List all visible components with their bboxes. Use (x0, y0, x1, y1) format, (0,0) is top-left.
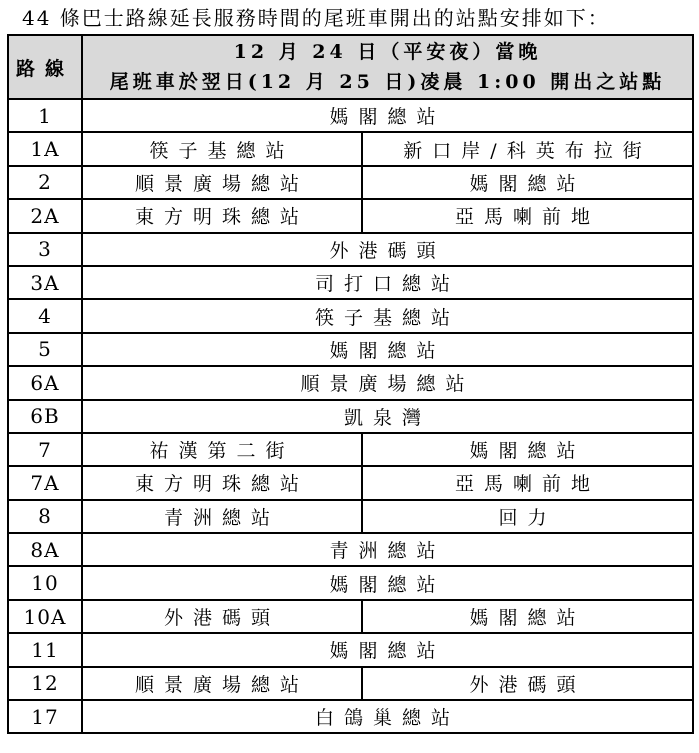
table-row-6b: 6B 凱泉灣 (8, 400, 693, 433)
station-cell: 媽閣總站 (82, 333, 693, 366)
page: 44 條巴士路線延長服務時間的尾班車開出的站點安排如下： 路線 12 月 24 … (0, 0, 699, 753)
route-number: 17 (8, 700, 82, 733)
station-cell: 外港碼頭 (82, 600, 362, 633)
station-cell: 新口岸/科英布拉街 (362, 132, 693, 165)
route-number: 10 (8, 566, 82, 599)
table-row-8: 8 青洲總站 回力 (8, 500, 693, 533)
route-number: 3A (8, 266, 82, 299)
station-cell: 媽閣總站 (362, 600, 693, 633)
station-cell: 回力 (362, 500, 693, 533)
table-row-10: 10 媽閣總站 (8, 566, 693, 599)
table-row-6a: 6A 順景廣場總站 (8, 366, 693, 399)
station-cell: 凱泉灣 (82, 400, 693, 433)
station-cell: 媽閣總站 (362, 433, 693, 466)
table-row-3: 3 外港碼頭 (8, 233, 693, 266)
route-number: 2A (8, 199, 82, 232)
route-number: 7A (8, 466, 82, 499)
station-cell: 青洲總站 (82, 533, 693, 566)
table-row-12: 12 順景廣場總站 外港碼頭 (8, 667, 693, 700)
route-number: 8A (8, 533, 82, 566)
route-number: 11 (8, 633, 82, 666)
station-cell: 筷子基總站 (82, 132, 362, 165)
table-row-1: 1 媽閣總站 (8, 99, 693, 132)
table-row-8a: 8A 青洲總站 (8, 533, 693, 566)
station-cell: 青洲總站 (82, 500, 362, 533)
header-line-1: 12 月 24 日（平安夜）當晚 (83, 37, 692, 67)
route-number: 10A (8, 600, 82, 633)
route-number: 6A (8, 366, 82, 399)
table-row-4: 4 筷子基總站 (8, 299, 693, 332)
intro-text: 44 條巴士路線延長服務時間的尾班車開出的站點安排如下： (0, 0, 699, 34)
table-row-1a: 1A 筷子基總站 新口岸/科英布拉街 (8, 132, 693, 165)
table-row-11: 11 媽閣總站 (8, 633, 693, 666)
station-cell: 東方明珠總站 (82, 199, 362, 232)
table-body: 1 媽閣總站 1A 筷子基總站 新口岸/科英布拉街 2 順景廣場總站 媽閣總站 … (8, 99, 693, 733)
header-line-2: 尾班車於翌日(12 月 25 日)凌晨 1:00 開出之站點 (83, 67, 692, 97)
route-number: 5 (8, 333, 82, 366)
table-row-2: 2 順景廣場總站 媽閣總站 (8, 166, 693, 199)
station-cell: 媽閣總站 (82, 99, 693, 132)
station-cell: 亞馬喇前地 (362, 199, 693, 232)
station-cell: 媽閣總站 (82, 566, 693, 599)
bus-schedule-table: 路線 12 月 24 日（平安夜）當晚 尾班車於翌日(12 月 25 日)凌晨 … (7, 34, 694, 734)
table-row-2a: 2A 東方明珠總站 亞馬喇前地 (8, 199, 693, 232)
station-cell: 司打口總站 (82, 266, 693, 299)
table-row-7: 7 祐漢第二街 媽閣總站 (8, 433, 693, 466)
route-number: 4 (8, 299, 82, 332)
route-number: 3 (8, 233, 82, 266)
route-column-header: 路線 (8, 35, 82, 99)
table-row-3a: 3A 司打口總站 (8, 266, 693, 299)
route-number: 1 (8, 99, 82, 132)
route-number: 12 (8, 667, 82, 700)
table-header: 路線 12 月 24 日（平安夜）當晚 尾班車於翌日(12 月 25 日)凌晨 … (8, 35, 693, 99)
station-cell: 東方明珠總站 (82, 466, 362, 499)
table-row-7a: 7A 東方明珠總站 亞馬喇前地 (8, 466, 693, 499)
route-number: 2 (8, 166, 82, 199)
route-number: 7 (8, 433, 82, 466)
table-row-17: 17 白鴿巢總站 (8, 700, 693, 733)
station-cell: 白鴿巢總站 (82, 700, 693, 733)
station-cell: 順景廣場總站 (82, 366, 693, 399)
station-cell: 祐漢第二街 (82, 433, 362, 466)
station-cell: 亞馬喇前地 (362, 466, 693, 499)
header-row: 路線 12 月 24 日（平安夜）當晚 尾班車於翌日(12 月 25 日)凌晨 … (8, 35, 693, 99)
station-cell: 筷子基總站 (82, 299, 693, 332)
station-cell: 順景廣場總站 (82, 166, 362, 199)
route-number: 1A (8, 132, 82, 165)
table-row-10a: 10A 外港碼頭 媽閣總站 (8, 600, 693, 633)
station-cell: 順景廣場總站 (82, 667, 362, 700)
table-row-5: 5 媽閣總站 (8, 333, 693, 366)
station-column-header: 12 月 24 日（平安夜）當晚 尾班車於翌日(12 月 25 日)凌晨 1:0… (82, 35, 693, 99)
station-cell: 媽閣總站 (362, 166, 693, 199)
route-number: 8 (8, 500, 82, 533)
station-cell: 外港碼頭 (362, 667, 693, 700)
station-cell: 外港碼頭 (82, 233, 693, 266)
route-number: 6B (8, 400, 82, 433)
station-cell: 媽閣總站 (82, 633, 693, 666)
